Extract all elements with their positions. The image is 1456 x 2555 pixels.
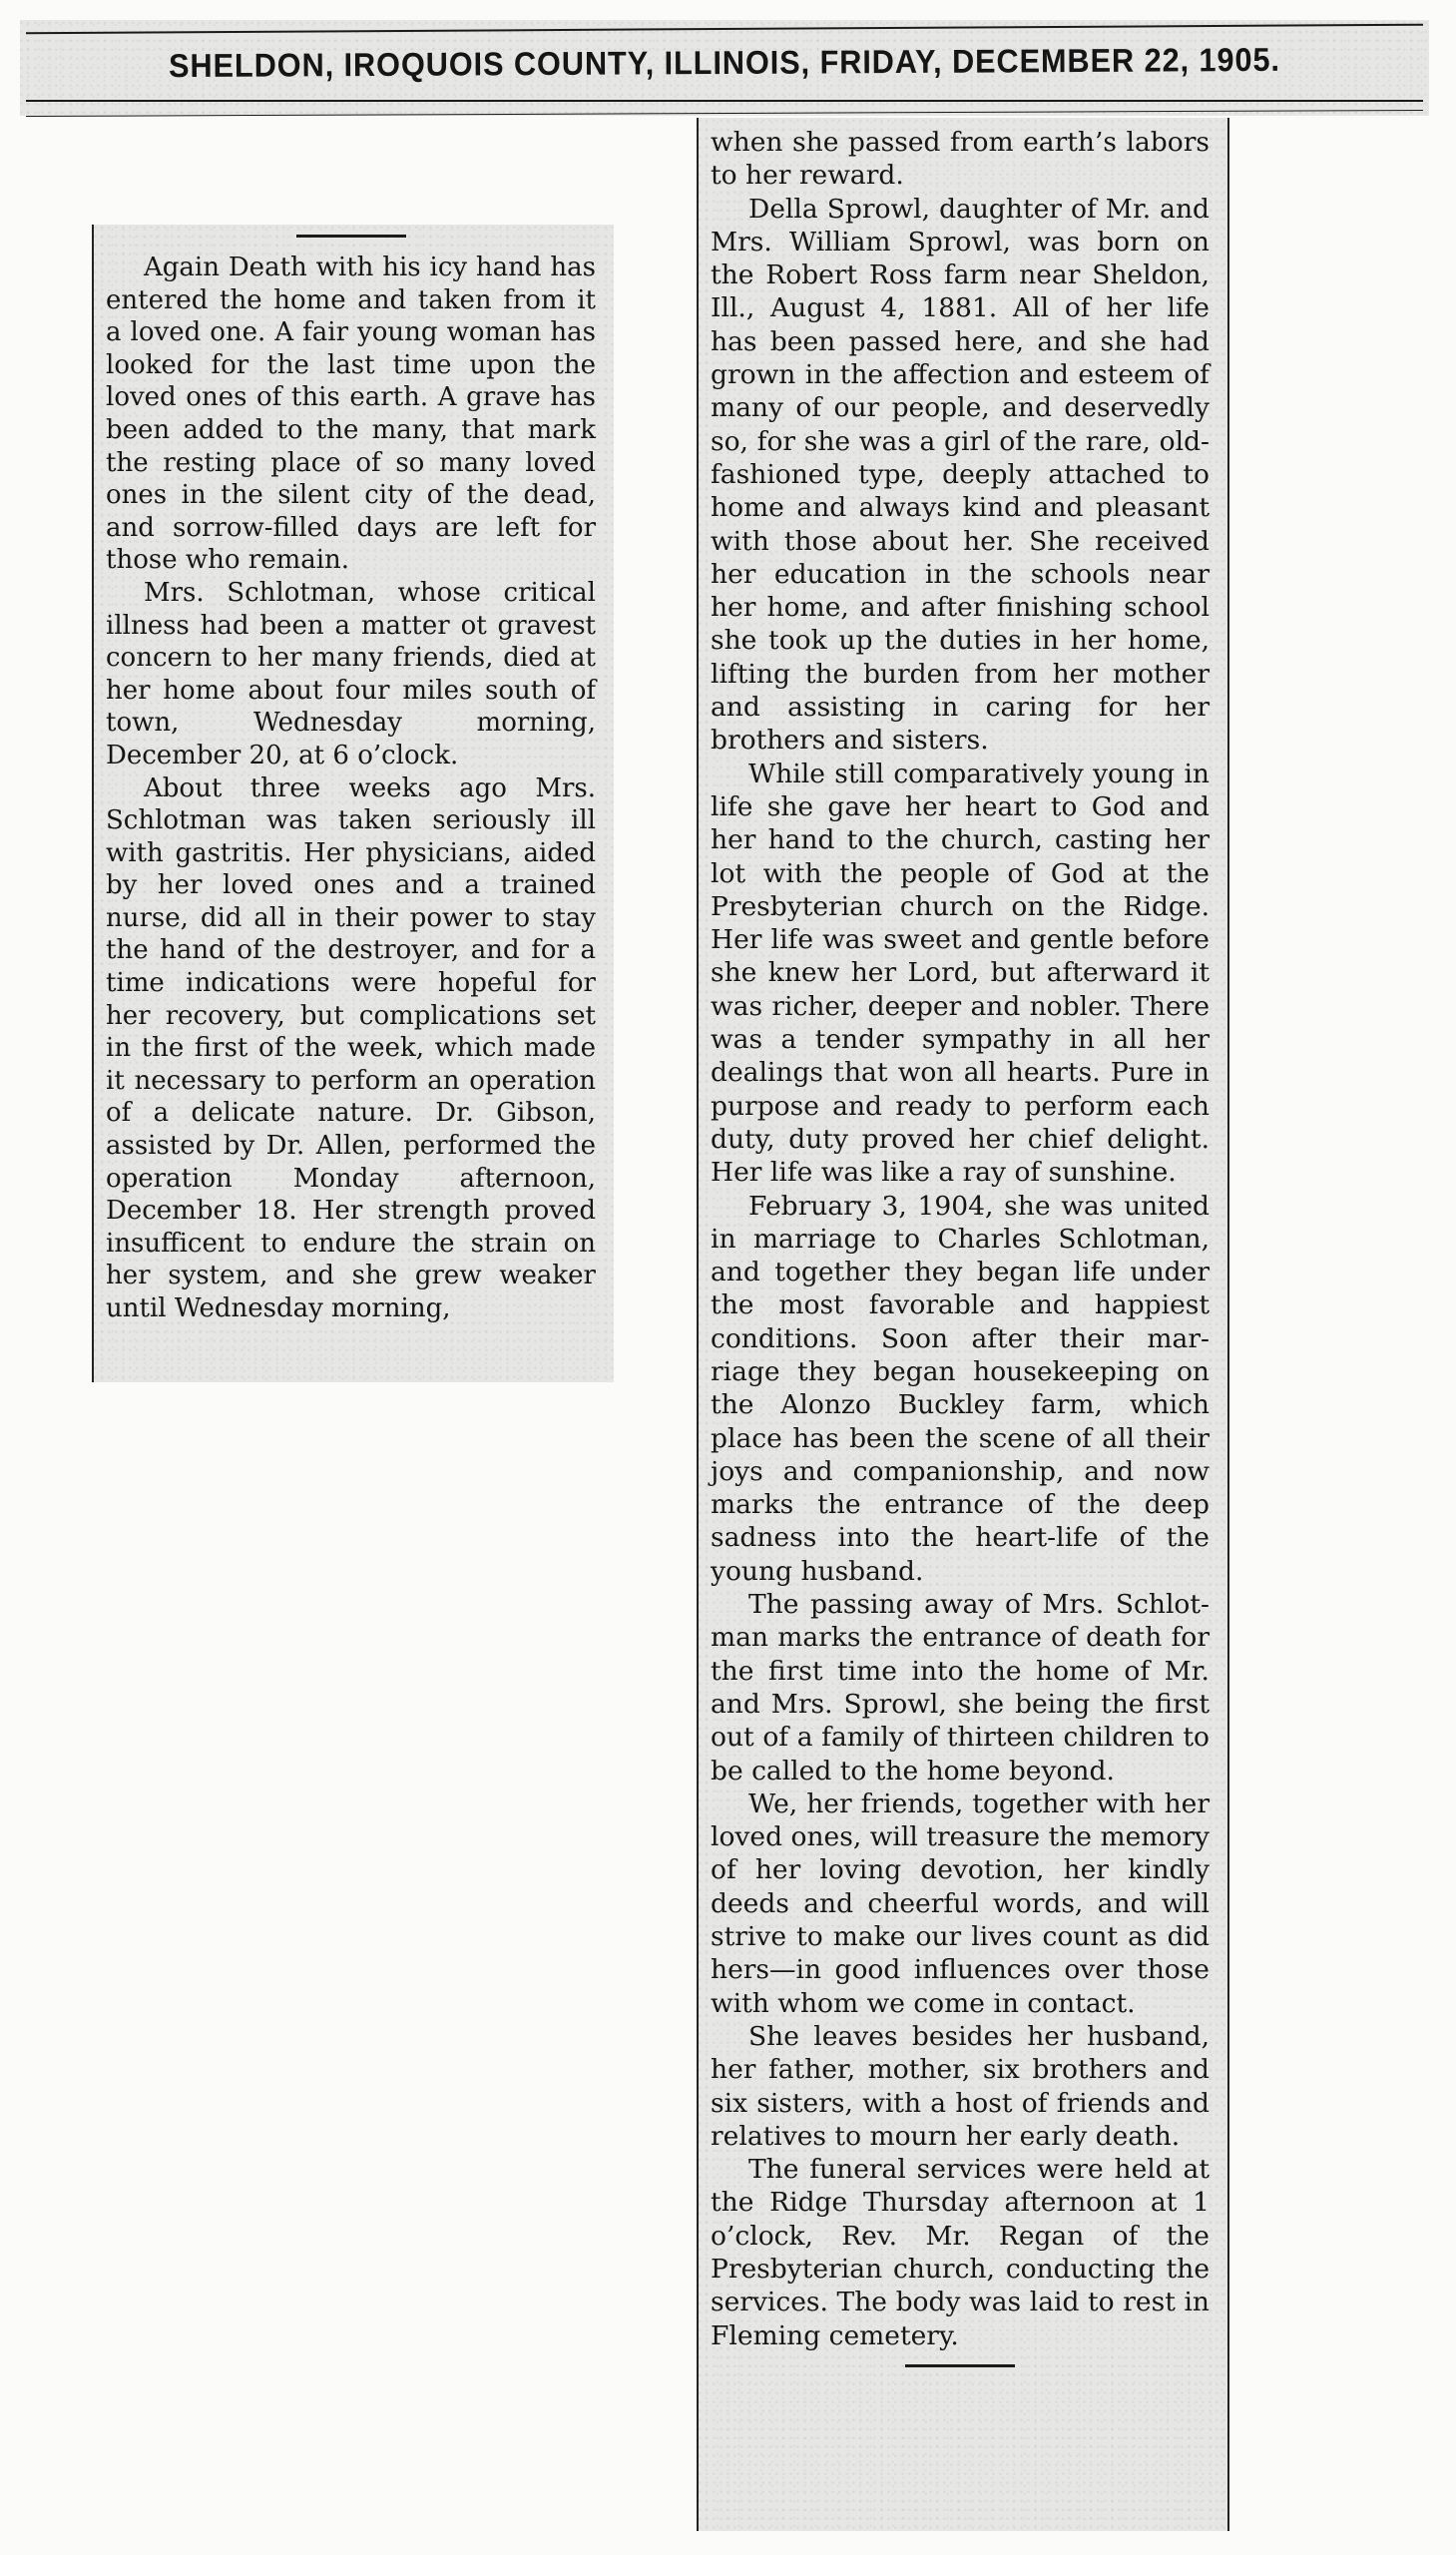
obituary-column-left: Again Death with his icy hand has entere… [92, 225, 614, 1382]
masthead-bottom-rule [26, 100, 1423, 102]
paragraph-marriage: February 3, 1904, she was united in marr… [711, 1190, 1210, 1589]
paragraph-family: The passing away of Mrs. Schlot­man mark… [711, 1588, 1210, 1788]
paragraph-illness: About three weeks ago Mrs. Schlotman was… [106, 772, 596, 1325]
paragraph-survivors: She leaves besides her husband, her fath… [711, 2020, 1210, 2153]
paragraph-tribute: We, her friends, together with her loved… [711, 1788, 1210, 2020]
paragraph-intro: Again Death with his icy hand has entere… [106, 252, 596, 577]
paragraph-biography: Della Sprowl, daughter of Mr. and Mrs. W… [711, 193, 1210, 758]
paragraph-funeral: The funeral services were held at the Ri… [711, 2153, 1210, 2352]
masthead-banner: SHELDON, IROQUOIS COUNTY, ILLINOIS, FRID… [20, 20, 1429, 116]
paragraph-continued: when she passed from earth’s labors to h… [711, 126, 1210, 193]
masthead-bottom-rule-2 [26, 110, 1423, 117]
masthead-dateline: SHELDON, IROQUOIS COUNTY, ILLINOIS, FRID… [69, 40, 1379, 85]
masthead-top-rule [26, 24, 1423, 35]
paragraph-faith: While still comparatively young in life … [711, 758, 1210, 1190]
obituary-column-right: when she passed from earth’s labors to h… [697, 118, 1229, 2531]
column-divider-bottom [905, 2364, 1015, 2367]
paragraph-death-notice: Mrs. Schlotman, whose critical illness h… [106, 577, 596, 772]
column-divider-top [296, 235, 406, 238]
